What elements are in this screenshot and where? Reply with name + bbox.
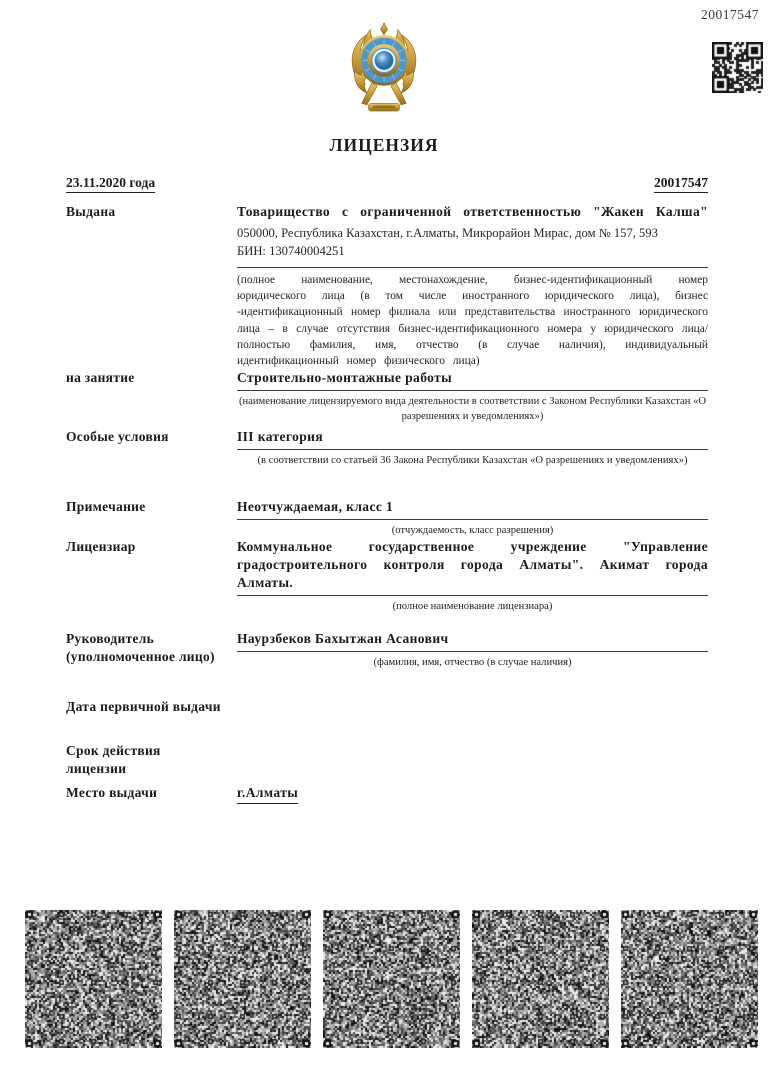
issued-to-row: Выдана Товарищество с ограниченной ответ… bbox=[66, 203, 708, 369]
issue-place-label: Место выдачи bbox=[66, 784, 237, 804]
remark-label: Примечание bbox=[66, 498, 237, 538]
special-conditions-note: (в соответствии со статьей 36 Закона Рес… bbox=[252, 450, 694, 468]
signature-barcode-block bbox=[472, 910, 609, 1048]
signature-barcode-block bbox=[25, 910, 162, 1048]
qr-code-icon bbox=[712, 42, 763, 93]
head-note: (фамилия, имя, отчество (в случае наличи… bbox=[237, 652, 708, 670]
activity-value: Строительно-монтажные работы bbox=[237, 369, 708, 391]
head-label: Руководитель (уполномоченное лицо) bbox=[66, 630, 237, 670]
validity-label: Срок действия лицензии bbox=[66, 742, 237, 777]
document-title: ЛИЦЕНЗИЯ bbox=[0, 135, 768, 156]
signature-barcode-block bbox=[323, 910, 460, 1048]
remark-value: Неотчуждаемая, класс 1 bbox=[237, 498, 708, 520]
license-document-page: 20017547 bbox=[0, 0, 768, 1085]
licensee-name: Товарищество с ограниченной ответственно… bbox=[237, 203, 708, 221]
activity-label: на занятие bbox=[66, 369, 237, 424]
licensor-value: Коммунальное государственное учреждение … bbox=[237, 538, 708, 596]
kazakhstan-coat-of-arms-icon bbox=[341, 21, 427, 117]
issued-to-label: Выдана bbox=[66, 203, 237, 369]
signature-barcode-row bbox=[25, 910, 758, 1048]
document-number-top: 20017547 bbox=[701, 7, 759, 23]
licensee-bin: БИН: 130740004251 bbox=[237, 243, 708, 260]
licensor-row: Лицензиар Коммунальное государственное у… bbox=[66, 538, 708, 614]
remark-row: Примечание Неотчуждаемая, класс 1 (отчуж… bbox=[66, 498, 708, 538]
head-value: Наурзбеков Бахытжан Асанович bbox=[237, 630, 708, 652]
special-conditions-label: Особые условия bbox=[66, 428, 237, 468]
date-number-row: 23.11.2020 года 20017547 bbox=[66, 175, 708, 193]
signature-barcode-block bbox=[174, 910, 311, 1048]
issue-place-row: Место выдачи г.Алматы bbox=[66, 784, 708, 804]
special-conditions-row: Особые условия III категория (в соответс… bbox=[66, 428, 708, 468]
remark-note: (отчуждаемость, класс разрешения) bbox=[237, 520, 708, 538]
special-conditions-value: III категория bbox=[237, 428, 708, 450]
first-issue-label: Дата первичной выдачи bbox=[66, 698, 708, 716]
issue-place-value: г.Алматы bbox=[237, 784, 298, 804]
head-row: Руководитель (уполномоченное лицо) Наурз… bbox=[66, 630, 708, 670]
activity-row: на занятие Строительно-монтажные работы … bbox=[66, 369, 708, 424]
issued-to-note: (полное наименование, местонахождение, б… bbox=[237, 267, 708, 369]
validity-row: Срок действия лицензии bbox=[66, 742, 708, 777]
licensor-note: (полное наименование лицензиара) bbox=[237, 596, 708, 614]
activity-note: (наименование лицензируемого вида деятел… bbox=[237, 391, 708, 424]
licensee-address: 050000, Республика Казахстан, г.Алматы, … bbox=[237, 225, 708, 242]
first-issue-row: Дата первичной выдачи bbox=[66, 698, 708, 716]
issue-date: 23.11.2020 года bbox=[66, 175, 155, 193]
licensor-label: Лицензиар bbox=[66, 538, 237, 614]
signature-barcode-block bbox=[621, 910, 758, 1048]
license-number: 20017547 bbox=[654, 175, 708, 193]
